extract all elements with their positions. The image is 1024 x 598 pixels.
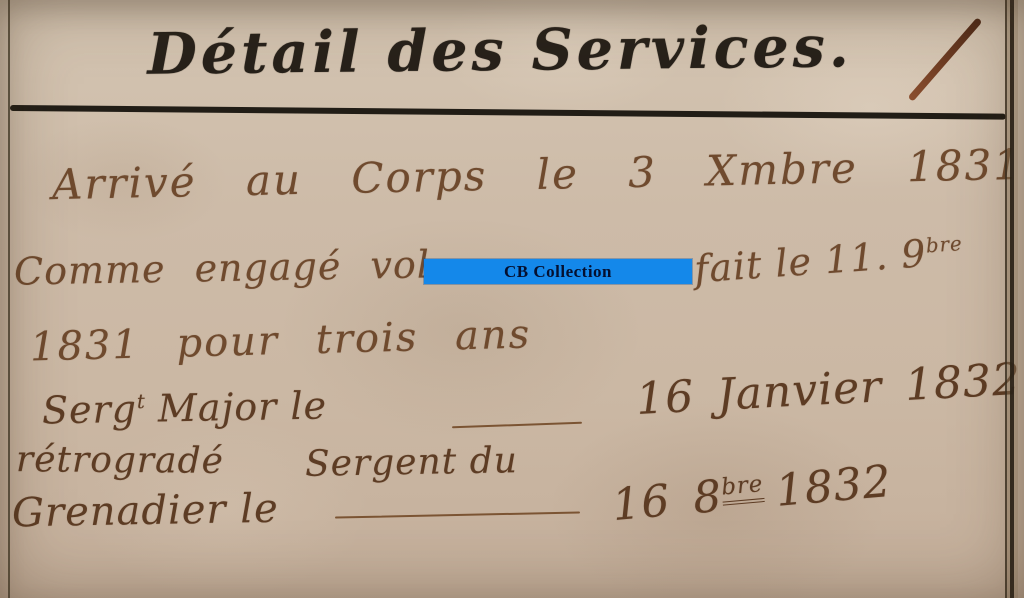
corner-pen-stroke (908, 17, 983, 102)
handwriting-line-duration: 1831 pour trois ans (29, 311, 531, 370)
handwriting-line-engagement-left: Comme engagé vol (14, 242, 431, 293)
rank-superscript: t (137, 390, 146, 413)
handwriting-line-sergeant-major: SergtMajor le (42, 384, 328, 433)
handwriting-line-demoted: rétrogradé (16, 439, 224, 482)
date-day-text: 16 8 (610, 471, 724, 531)
handwriting-line-engagement-right: fait le 11. 9bre (693, 229, 965, 292)
engagement-date-text: fait le 11. 9 (693, 231, 928, 291)
table-right-border (1005, 0, 1018, 598)
document-page: Détail des Services. Arrivé au Corps le … (0, 0, 1024, 598)
handwriting-date-january: 16 Janvier 1832 (635, 354, 1022, 425)
handwriting-date-october: 16 8bre1832 (610, 456, 893, 531)
handwriting-line-arrival: Arrivé au Corps le 3 Xmbre 1831 (52, 140, 1023, 209)
blank-fill-line (335, 511, 580, 518)
handwriting-line-sergeant: Sergent du (305, 440, 519, 485)
rank-text-continued: Major le (158, 384, 328, 431)
watermark-label: CB Collection (504, 262, 612, 282)
title-underline-rule (10, 105, 1006, 120)
month-abbrev-superscript: bre (925, 232, 963, 258)
handwriting-line-grenadier: Grenadier le (12, 486, 279, 537)
month-abbrev-superscript: bre (720, 471, 765, 506)
collection-watermark-banner: CB Collection (424, 259, 692, 284)
date-year-text: 1832 (774, 456, 894, 517)
blank-fill-line (452, 422, 582, 429)
table-left-border (8, 0, 10, 598)
rank-text: Serg (42, 387, 138, 433)
page-title: Détail des Services. (109, 0, 890, 104)
